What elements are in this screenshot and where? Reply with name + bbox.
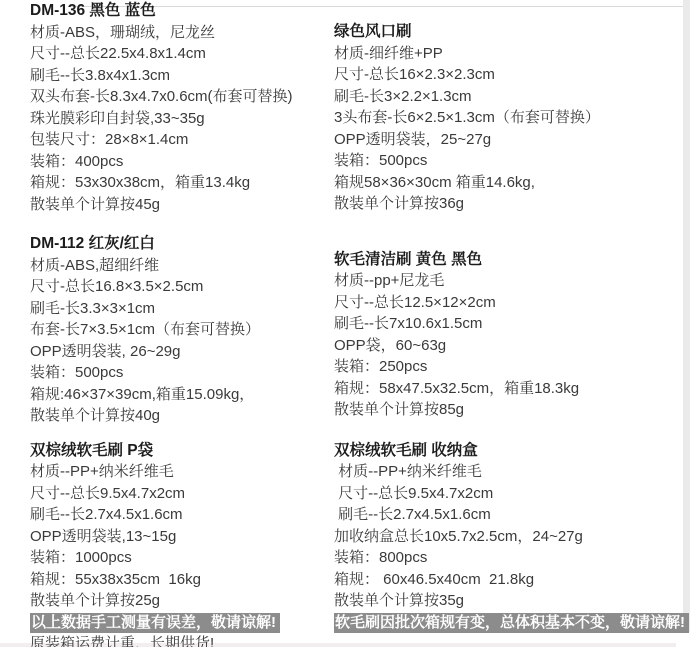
product-title: 双棕绒软毛刷 收纳盒 <box>334 440 684 462</box>
spec-line: 箱规：55x38x35cm 16kg <box>30 569 330 591</box>
spec-line: 刷毛-长3.3×3×1cm <box>30 298 330 320</box>
spec-line: 散装单个计算按36g <box>334 193 684 215</box>
spec-line: OPP透明袋装,13~15g <box>30 526 330 548</box>
spec-line: 装箱：1000pcs <box>30 547 330 569</box>
product-title: DM-112 红灰/红白 <box>30 233 330 255</box>
spec-line: 材质--pp+尼龙毛 <box>334 270 684 292</box>
product-block-soft-cleaning-brush: 软毛清洁刷 黄色 黑色 材质--pp+尼龙毛尺寸--总长12.5×12×2cm刷… <box>334 249 684 421</box>
spec-line: 材质--PP+纳米纤维毛 <box>30 461 330 483</box>
spec-line: 刷毛--长7x10.6x1.5cm <box>334 313 684 335</box>
spec-line: OPP透明袋装, 26~29g <box>30 341 330 363</box>
spec-lines: 材质--pp+尼龙毛尺寸--总长12.5×12×2cm刷毛--长7x10.6x1… <box>334 270 684 421</box>
spec-line: 包装尺寸：28×8×1.4cm <box>30 129 330 151</box>
spec-line: 装箱：400pcs <box>30 151 330 173</box>
right-column: 绿色风口刷 材质-细纤维+PP尺寸-总长16×2.3×2.3cm刷毛-长3×2.… <box>334 21 684 633</box>
spec-line: 刷毛-长3×2.2×1.3cm <box>334 86 684 108</box>
spec-line: 装箱：800pcs <box>334 547 684 569</box>
spec-line: 布套-长7×3.5×1cm（布套可替换） <box>30 319 330 341</box>
spec-line: 散装单个计算按25g <box>30 590 330 612</box>
spec-line: 箱规58×36×30cm 箱重14.6kg, <box>334 172 684 194</box>
spec-line: 尺寸-总长16.8×3.5×2.5cm <box>30 276 330 298</box>
spec-line: 尺寸-总长16×2.3×2.3cm <box>334 64 684 86</box>
spec-line: 散装单个计算按40g <box>30 405 330 427</box>
spec-line: 尺寸--总长12.5×12×2cm <box>334 292 684 314</box>
spec-line: 刷毛--长2.7x4.5x1.6cm <box>334 504 684 526</box>
spec-line: 装箱：500pcs <box>30 362 330 384</box>
product-block-green-vent-brush: 绿色风口刷 材质-细纤维+PP尺寸-总长16×2.3×2.3cm刷毛-长3×2.… <box>334 21 684 215</box>
spec-line: 箱规:46×37×39cm,箱重15.09kg， <box>30 384 330 406</box>
product-block-dm136: DM-136 黑色 蓝色 材质-ABS，珊瑚绒，尼龙丝尺寸--总长22.5x4.… <box>30 0 330 215</box>
spec-line: 双头布套-长8.3x4.7x0.6cm(布套可替换) <box>30 86 330 108</box>
spec-line: 刷毛--长3.8x4x1.3cm <box>30 65 330 87</box>
spec-line: 装箱：500pcs <box>334 150 684 172</box>
spec-line: OPP袋，60~63g <box>334 335 684 357</box>
spec-line: 尺寸--总长9.5x4.7x2cm <box>334 483 684 505</box>
spec-line: 材质-细纤维+PP <box>334 43 684 65</box>
spec-line: 刷毛--长2.7x4.5x1.6cm <box>30 504 330 526</box>
spec-line: 箱规：58x47.5x32.5cm，箱重18.3kg <box>334 378 684 400</box>
spec-lines: 材质-ABS,超细纤维尺寸-总长16.8×3.5×2.5cm刷毛-长3.3×3×… <box>30 255 330 427</box>
spec-line: 材质--PP+纳米纤维毛 <box>334 461 684 483</box>
left-column: DM-136 黑色 蓝色 材质-ABS，珊瑚绒，尼龙丝尺寸--总长22.5x4.… <box>30 0 330 647</box>
spec-line: 尺寸--总长9.5x4.7x2cm <box>30 483 330 505</box>
product-title: DM-136 黑色 蓝色 <box>30 0 330 22</box>
spec-line: OPP透明袋装，25~27g <box>334 129 684 151</box>
spec-line: 箱规：53x30x38cm，箱重13.4kg <box>30 172 330 194</box>
spec-lines: 材质-细纤维+PP尺寸-总长16×2.3×2.3cm刷毛-长3×2.2×1.3c… <box>334 43 684 215</box>
product-title: 双棕绒软毛刷 P袋 <box>30 440 330 462</box>
spec-line: 材质-ABS,超细纤维 <box>30 255 330 277</box>
spec-line: 散装单个计算按45g <box>30 194 330 216</box>
spec-lines: 材质--PP+纳米纤维毛尺寸--总长9.5x4.7x2cm刷毛--长2.7x4.… <box>30 461 330 612</box>
product-title: 绿色风口刷 <box>334 21 684 43</box>
product-spec-sheet: DM-136 黑色 蓝色 材质-ABS，珊瑚绒，尼龙丝尺寸--总长22.5x4.… <box>0 0 690 647</box>
spec-line: 箱规： 60x46.5x40cm 21.8kg <box>334 569 684 591</box>
product-block-soft-brush-pbag: 双棕绒软毛刷 P袋 材质--PP+纳米纤维毛尺寸--总长9.5x4.7x2cm刷… <box>30 440 330 647</box>
spec-line: 珠光膜彩印自封袋,33~35g <box>30 108 330 130</box>
spec-line: 散装单个计算按85g <box>334 399 684 421</box>
measurement-disclaimer-note: 以上数据手工测量有误差，敬请谅解! <box>30 613 280 633</box>
carton-spec-disclaimer-note: 软毛刷因批次箱规有变，总体积基本不变，敬请谅解! <box>334 613 689 633</box>
spec-line: 3头布套-长6×2.5×1.3cm（布套可替换） <box>334 107 684 129</box>
spec-lines: 材质--PP+纳米纤维毛 尺寸--总长9.5x4.7x2cm 刷毛--长2.7x… <box>334 461 684 612</box>
product-block-dm112: DM-112 红灰/红白 材质-ABS,超细纤维尺寸-总长16.8×3.5×2.… <box>30 233 330 427</box>
spec-line: 加收纳盒总长10x5.7x2.5cm，24~27g <box>334 526 684 548</box>
spec-line: 尺寸--总长22.5x4.8x1.4cm <box>30 43 330 65</box>
spec-lines: 材质-ABS，珊瑚绒，尼龙丝尺寸--总长22.5x4.8x1.4cm刷毛--长3… <box>30 22 330 216</box>
right-edge-strip <box>683 0 690 632</box>
spec-line: 材质-ABS，珊瑚绒，尼龙丝 <box>30 22 330 44</box>
spec-line: 散装单个计算按35g <box>334 590 684 612</box>
product-title: 软毛清洁刷 黄色 黑色 <box>334 249 684 271</box>
spec-line: 装箱：250pcs <box>334 356 684 378</box>
product-block-soft-brush-storage-box: 双棕绒软毛刷 收纳盒 材质--PP+纳米纤维毛 尺寸--总长9.5x4.7x2c… <box>334 440 684 633</box>
supply-footer-note: 原装箱运费计重，长期供货! <box>30 633 330 647</box>
